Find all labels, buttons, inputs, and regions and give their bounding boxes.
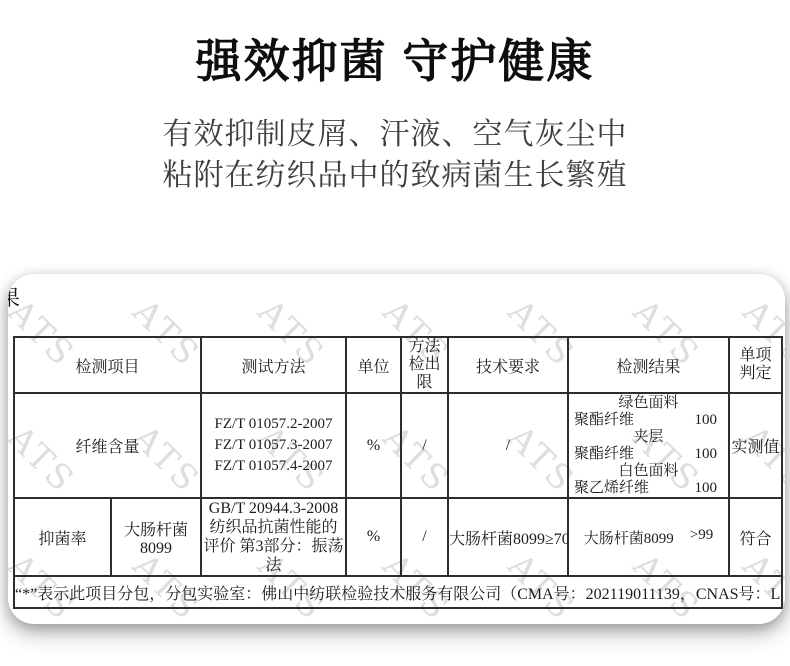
cell-antibacterial-requirement: 大肠杆菌8099≥70 <box>448 498 568 576</box>
result-pair: 聚酯纤维 100 <box>569 446 728 463</box>
cell-antibacterial-unit: % <box>346 498 401 576</box>
result-group-label: 夹层 <box>569 429 728 446</box>
result-fiber-value: 100 <box>695 480 718 497</box>
result-group-label: 绿色面料 <box>569 395 728 412</box>
fiber-method-2: FZ/T 01057.3-2007 <box>202 435 345 456</box>
header-cell-judgment: 单项 判定 <box>729 337 782 393</box>
cell-antibacterial-item: 抑菌率 <box>14 498 111 576</box>
cell-fiber-judgment: 实测值 <box>729 393 782 498</box>
cell-antibacterial-method: GB/T 20944.3-2008 纺织品抗菌性能的评价 第3部分：振荡法 <box>201 498 346 576</box>
antibacterial-result-value: >99 <box>690 527 713 548</box>
antibacterial-row: 抑菌率 大肠杆菌 8099 GB/T 20944.3-2008 纺织品抗菌性能的… <box>14 498 782 576</box>
header-cell-result: 检测结果 <box>568 337 729 393</box>
header-cell-unit: 单位 <box>346 337 401 393</box>
fiber-method-3: FZ/T 01057.4-2007 <box>202 456 345 477</box>
header-judgment-line2: 判定 <box>730 365 781 383</box>
antibacterial-subitem-line2: 8099 <box>112 540 200 558</box>
header-cell-requirement: 技术要求 <box>448 337 568 393</box>
page-title: 强效抑菌 守护健康 <box>0 32 790 90</box>
header-cell-item: 检测项目 <box>14 337 201 393</box>
result-fiber-value: 100 <box>695 446 718 463</box>
cell-fiber-methods: FZ/T 01057.2-2007 FZ/T 01057.3-2007 FZ/T… <box>201 393 346 498</box>
header-cell-detection-limit: 方法 检出限 <box>401 337 448 393</box>
result-pair: 聚乙烯纤维 100 <box>569 480 728 497</box>
header-cell-method: 测试方法 <box>201 337 346 393</box>
corner-clipped-text: 果 <box>8 282 20 312</box>
cell-fiber-results: 绿色面料 聚酯纤维 100 夹层 聚酯纤维 100 白色面料 聚乙烯纤维 100 <box>568 393 729 498</box>
header-detection-limit-line1: 方法 <box>402 338 447 356</box>
result-fiber-name: 聚酯纤维 <box>574 412 634 429</box>
subtitle-line-2: 粘附在纺织品中的致病菌生长繁殖 <box>0 155 790 196</box>
footnote-row: “*”表示此项目分包，分包实验室：佛山中纺联检验技术服务有限公司（CMA号：20… <box>14 576 782 608</box>
cell-antibacterial-subitem: 大肠杆菌 8099 <box>111 498 201 576</box>
antibacterial-result-label: 大肠杆菌8099 <box>584 527 674 548</box>
header-detection-limit-line2: 检出限 <box>402 356 447 392</box>
cell-fiber-unit: % <box>346 393 401 498</box>
result-group-label: 白色面料 <box>569 463 728 480</box>
test-report-table: 检测项目 测试方法 单位 方法 检出限 技术要求 检测结果 单项 判定 纤维含量… <box>13 336 783 609</box>
result-fiber-name: 聚酯纤维 <box>574 446 634 463</box>
fiber-content-row: 纤维含量 FZ/T 01057.2-2007 FZ/T 01057.3-2007… <box>14 393 782 498</box>
cell-fiber-item: 纤维含量 <box>14 393 201 498</box>
cell-antibacterial-judgment: 符合 <box>729 498 782 576</box>
cell-fiber-detection-limit: / <box>401 393 448 498</box>
subtitle: 有效抑制皮屑、汗液、空气灰尘中 粘附在纺织品中的致病菌生长繁殖 <box>0 114 790 196</box>
fiber-method-1: FZ/T 01057.2-2007 <box>202 414 345 435</box>
cell-fiber-requirement: / <box>448 393 568 498</box>
footnote-text: “*”表示此项目分包，分包实验室：佛山中纺联检验技术服务有限公司（CMA号：20… <box>14 576 782 608</box>
antibacterial-subitem-line1: 大肠杆菌 <box>112 517 200 540</box>
table-header-row: 检测项目 测试方法 单位 方法 检出限 技术要求 检测结果 单项 判定 <box>14 337 782 393</box>
header-judgment-line1: 单项 <box>730 347 781 365</box>
result-pair: 聚酯纤维 100 <box>569 412 728 429</box>
cell-antibacterial-result: 大肠杆菌8099 >99 <box>568 498 729 576</box>
test-report-card: ATS ATS ATS ATS ATS ATS ATS ATS ATS ATS … <box>8 274 785 624</box>
cell-antibacterial-detection-limit: / <box>401 498 448 576</box>
result-fiber-name: 聚乙烯纤维 <box>574 480 649 497</box>
result-fiber-value: 100 <box>695 412 718 429</box>
subtitle-line-1: 有效抑制皮屑、汗液、空气灰尘中 <box>0 114 790 155</box>
